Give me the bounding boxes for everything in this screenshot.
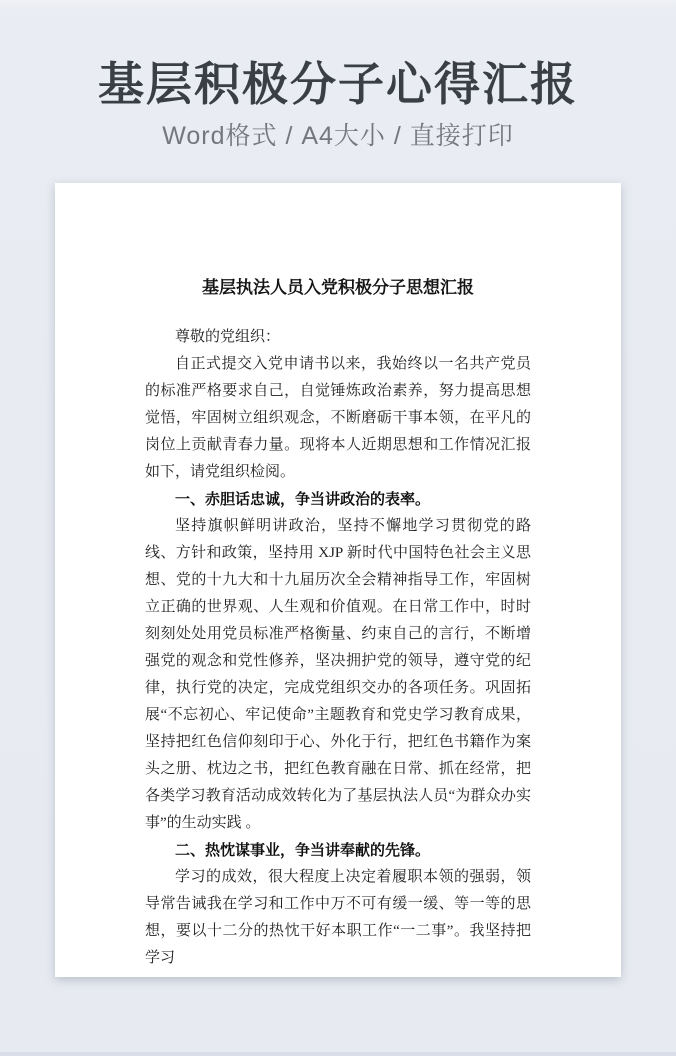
document-preview-page: 基层执法人员入党积极分子思想汇报 尊敬的党组织： 自正式提交入党申请书以来，我始… [55, 183, 621, 977]
document-paragraph: 自正式提交入党申请书以来，我始终以一名共产党员的标准严格要求自己，自觉锤炼政治素… [145, 351, 531, 486]
page-title: 基层积极分子心得汇报 [0, 58, 676, 110]
next-section-edge [0, 1052, 676, 1056]
document-section-heading-2: 二、热忱谋事业，争当讲奉献的先锋。 [145, 837, 531, 864]
page-background: 基层积极分子心得汇报 Word格式 / A4大小 / 直接打印 基层执法人员入党… [0, 0, 676, 1056]
page-subtitle: Word格式 / A4大小 / 直接打印 [0, 122, 676, 150]
document-paragraph: 学习的成效，很大程度上决定着履职本领的强弱，领导常告诫我在学习和工作中万不可有缓… [145, 864, 531, 972]
document-section-heading-1: 一、赤胆话忠诚，争当讲政治的表率。 [145, 486, 531, 513]
document-salutation: 尊敬的党组织： [145, 324, 531, 351]
document-paragraph: 坚持旗帜鲜明讲政治，坚持不懈地学习贯彻党的路线、方针和政策，坚持用 XJP 新时… [145, 513, 531, 837]
hero-header: 基层积极分子心得汇报 Word格式 / A4大小 / 直接打印 [0, 0, 676, 150]
document-title: 基层执法人员入党积极分子思想汇报 [145, 278, 531, 298]
